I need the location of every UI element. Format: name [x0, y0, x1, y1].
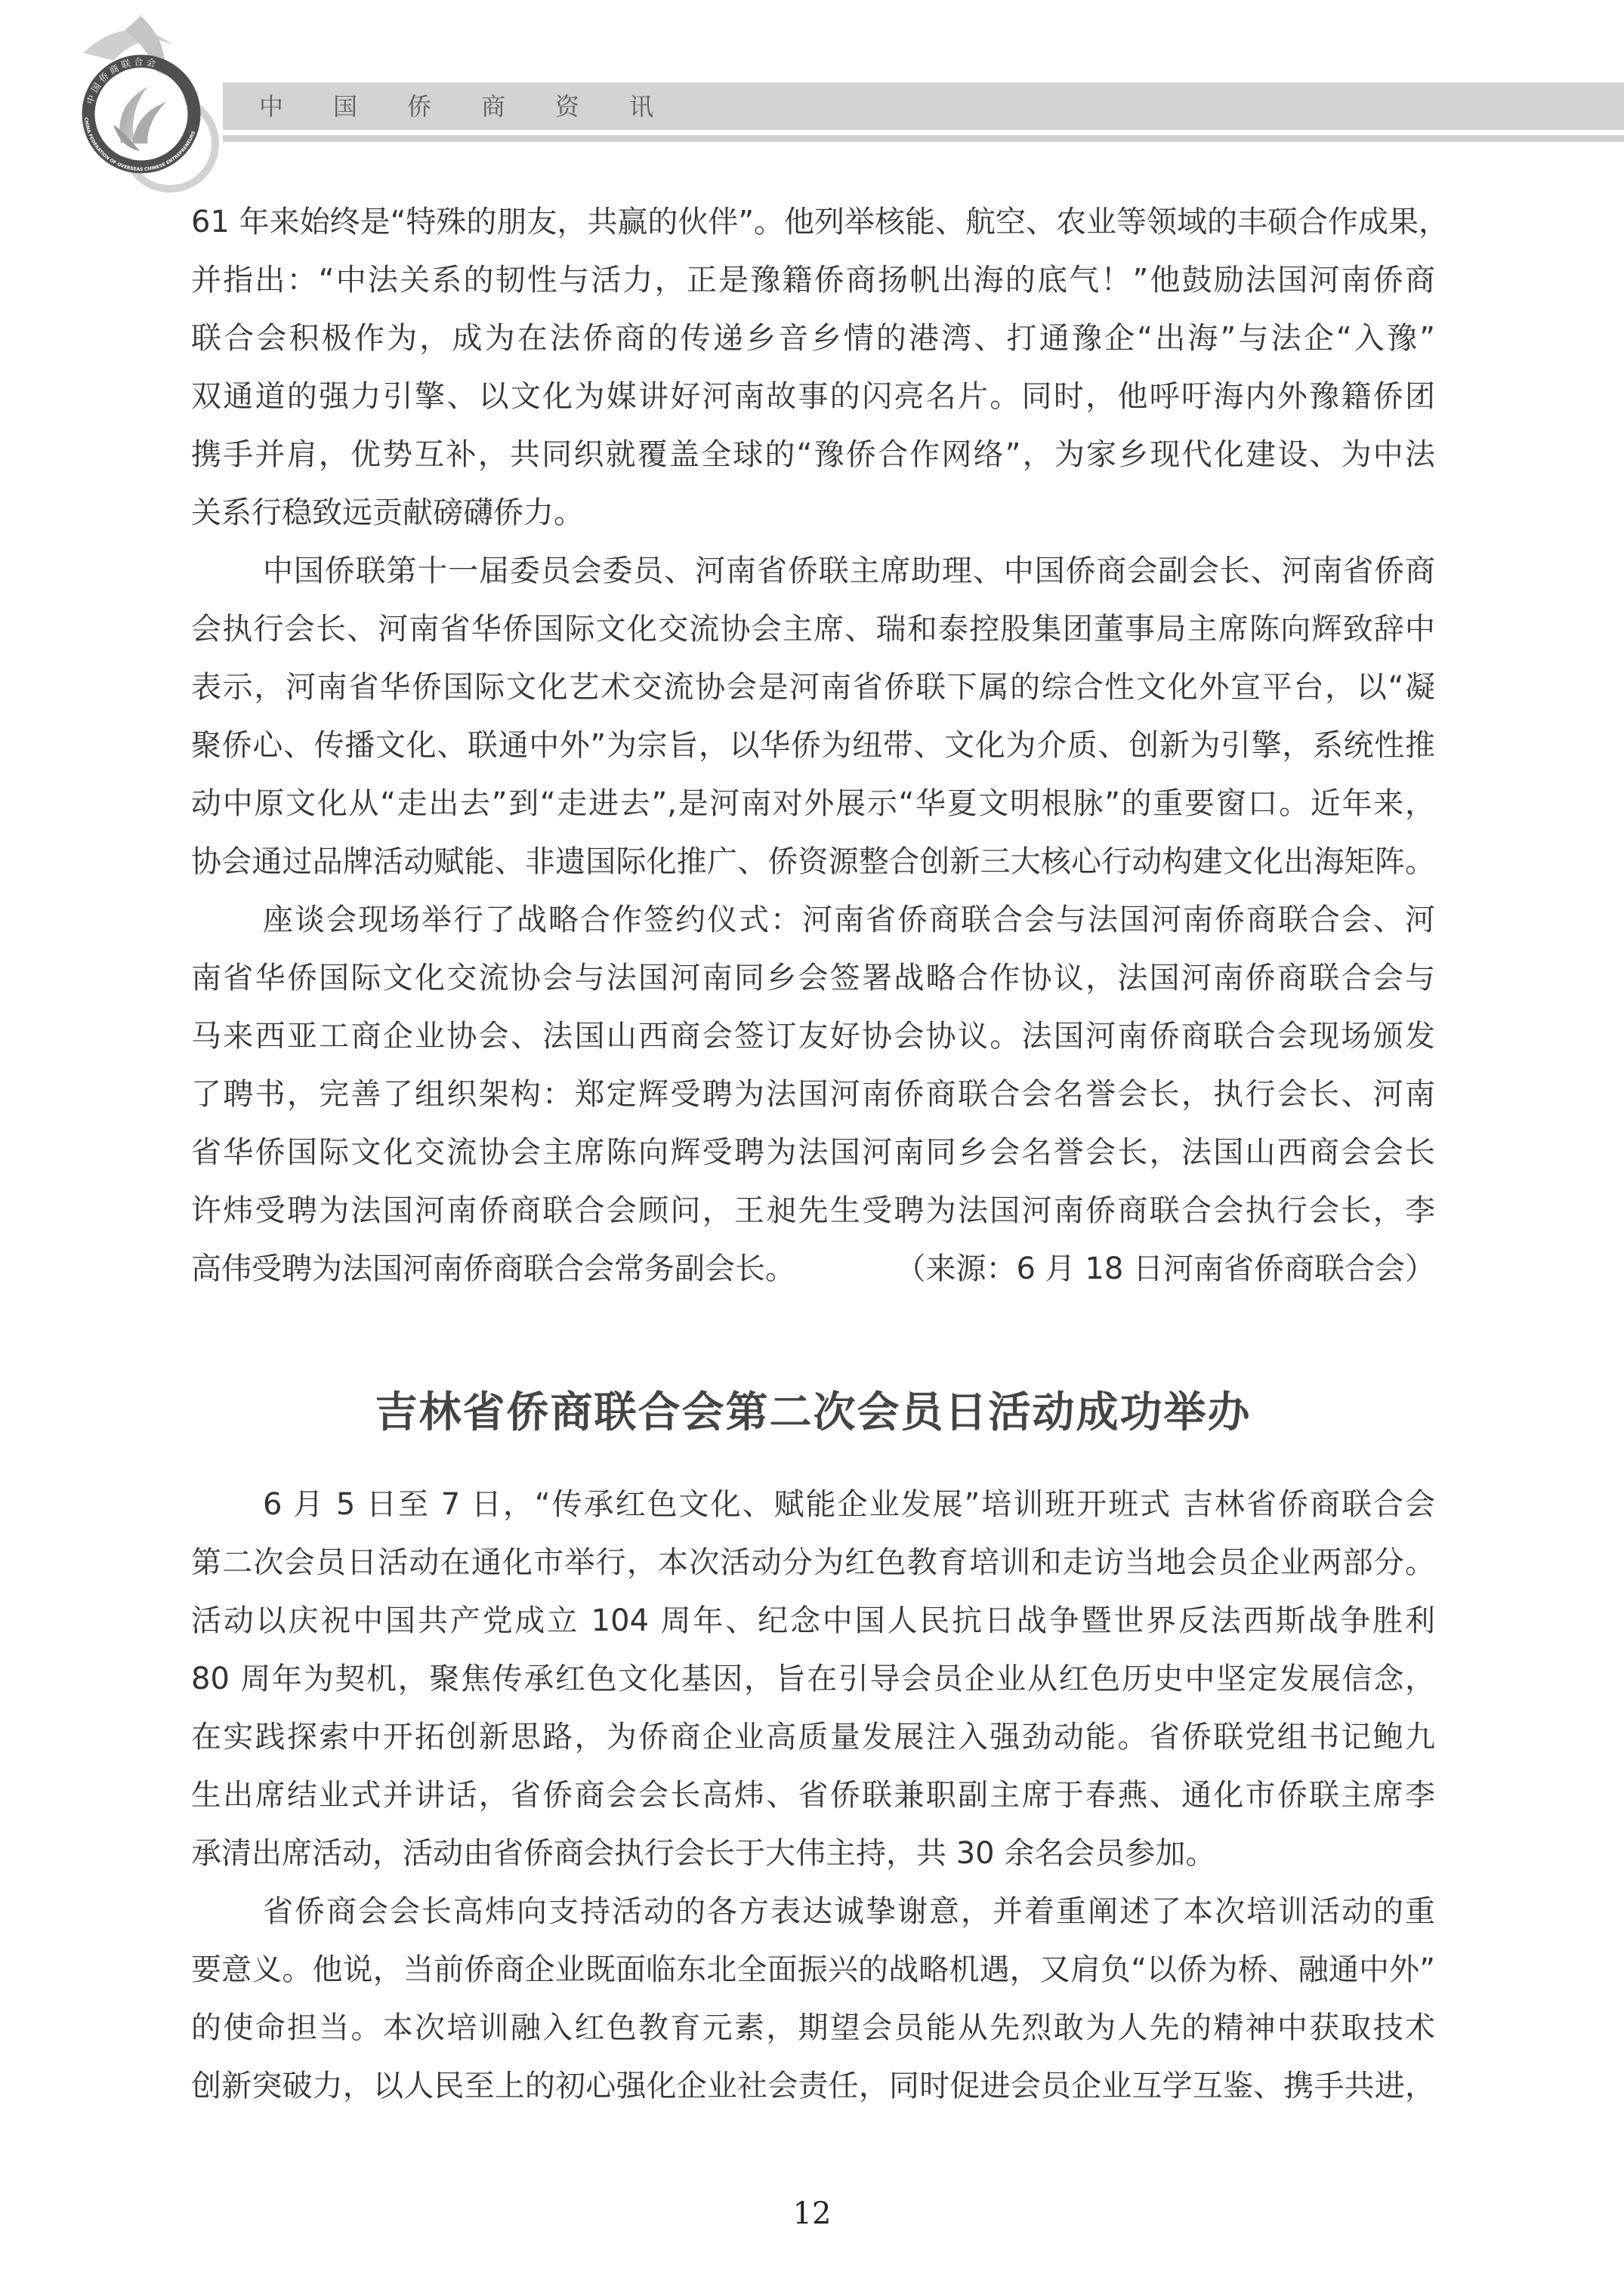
- text-line: 马来西亚工商企业协会、法国山西商会签订友好协会协议。法国河南侨商联合会现场颁发: [191, 1008, 1435, 1066]
- paragraph: 6 月 5 日至 7 日，“传承红色文化、赋能企业发展”培训班开班式 吉林省侨商…: [191, 1476, 1435, 1883]
- text-line: 许炜受聘为法国河南侨商联合会顾问，王昶先生受聘为法国河南侨商联合会执行会长，李: [191, 1182, 1435, 1240]
- text-line: 省华侨国际文化交流协会主席陈向辉受聘为法国河南同乡会名誉会长，法国山西商会会长: [191, 1124, 1435, 1182]
- text-line: 关系行稳致远贡献磅礴侨力。: [191, 484, 1435, 542]
- running-header-title: 中 国 侨 商 资 讯: [259, 91, 703, 122]
- paragraph: 中国侨联第十一届委员会委员、河南省侨联主席助理、中国侨商会副会长、河南省侨商 会…: [191, 542, 1435, 891]
- paragraph: 座谈会现场举行了战略合作签约仪式：河南省侨商联合会与法国河南侨商联合会、河 南省…: [191, 891, 1435, 1298]
- text-line: 61 年来始终是“特殊的朋友，共赢的伙伴”。他列举核能、航空、农业等领域的丰硕合…: [191, 193, 1435, 252]
- text-line: 创新突破力，以人民至上的初心强化企业社会责任，同时促进会员企业互学互鉴、携手共进…: [191, 2057, 1435, 2116]
- article-2-body: 6 月 5 日至 7 日，“传承红色文化、赋能企业发展”培训班开班式 吉林省侨商…: [191, 1476, 1435, 2116]
- page-number: 12: [0, 2196, 1624, 2231]
- header-stripe: [223, 135, 1624, 142]
- text-line: 中国侨联第十一届委员会委员、河南省侨联主席助理、中国侨商会副会长、河南省侨商: [191, 542, 1435, 600]
- text-line: 携手并肩，优势互补，共同织就覆盖全球的“豫侨合作网络”，为家乡现代化建设、为中法: [191, 426, 1435, 484]
- text-line: 南省华侨国际文化交流协会与法国河南同乡会签署战略合作协议，法国河南侨商联合会与: [191, 949, 1435, 1008]
- text-line: 80 周年为契机，聚焦传承红色文化基因，旨在引导会员企业从红色历史中坚定发展信念…: [191, 1650, 1435, 1708]
- text-line: 了聘书，完善了组织架构：郑定辉受聘为法国河南侨商联合会名誉会长，执行会长、河南: [191, 1066, 1435, 1124]
- text-line: 要意义。他说，当前侨商企业既面临东北全面振兴的战略机遇，又肩负“以侨为桥、融通中…: [191, 1941, 1435, 1999]
- text-line: 座谈会现场举行了战略合作签约仪式：河南省侨商联合会与法国河南侨商联合会、河: [191, 891, 1435, 949]
- text-line: 会执行会长、河南省华侨国际文化交流协会主席、瑞和泰控股集团董事局主席陈向辉致辞中: [191, 600, 1435, 659]
- text-line-content: 高伟受聘为法国河南侨商联合会常务副会长。: [191, 1251, 795, 1286]
- article-1-body: 61 年来始终是“特殊的朋友，共赢的伙伴”。他列举核能、航空、农业等领域的丰硕合…: [191, 193, 1435, 1298]
- text-line: 的使命担当。本次培训融入红色教育元素，期望会员能从先烈敢为人先的精神中获取技术: [191, 1999, 1435, 2057]
- text-line: 协会通过品牌活动赋能、非遗国际化推广、侨资源整合创新三大核心行动构建文化出海矩阵…: [191, 833, 1435, 891]
- source-attribution: （来源：6 月 18 日河南省侨商联合会）: [896, 1240, 1436, 1298]
- paragraph: 61 年来始终是“特殊的朋友，共赢的伙伴”。他列举核能、航空、农业等领域的丰硕合…: [191, 193, 1435, 542]
- text-line: 动中原文化从“走出去”到“走进去”,是河南对外展示“华夏文明根脉”的重要窗口。近…: [191, 775, 1435, 833]
- text-line: 第二次会员日活动在通化市举行，本次活动分为红色教育培训和走访当地会员企业两部分。: [191, 1534, 1435, 1592]
- text-line: 活动以庆祝中国共产党成立 104 周年、纪念中国人民抗日战争暨世界反法西斯战争胜…: [191, 1592, 1435, 1650]
- header-char: 商: [481, 91, 555, 122]
- text-line: 6 月 5 日至 7 日，“传承红色文化、赋能企业发展”培训班开班式 吉林省侨商…: [191, 1476, 1435, 1534]
- text-line: 在实践探索中开拓创新思路，为侨商企业高质量发展注入强劲动能。省侨联党组书记鲍九: [191, 1708, 1435, 1767]
- text-line: 高伟受聘为法国河南侨商联合会常务副会长。 （来源：6 月 18 日河南省侨商联合…: [191, 1240, 1435, 1298]
- text-line: 省侨商会会长高炜向支持活动的各方表达诚挚谢意，并着重阐述了本次培训活动的重: [191, 1883, 1435, 1941]
- text-line: 并指出：“中法关系的韧性与活力，正是豫籍侨商扬帆出海的底气！”他鼓励法国河南侨商: [191, 252, 1435, 310]
- header-char: 国: [333, 91, 407, 122]
- paragraph: 省侨商会会长高炜向支持活动的各方表达诚挚谢意，并着重阐述了本次培训活动的重 要意…: [191, 1883, 1435, 2116]
- text-line: 承清出席活动，活动由省侨商会执行会长于大伟主持，共 30 余名会员参加。: [191, 1825, 1435, 1883]
- text-line: 双通道的强力引擎、以文化为媒讲好河南故事的闪亮名片。同时，他呼吁海内外豫籍侨团: [191, 368, 1435, 426]
- federation-logo-icon: 中国侨商联合会 CHINA FEDERATION OF OVERSEAS CHI…: [45, 15, 272, 211]
- header-char: 侨: [407, 91, 481, 122]
- header-char: 讯: [629, 91, 703, 122]
- text-line: 联合会积极作为，成为在法侨商的传递乡音乡情的港湾、打通豫企“出海”与法企“入豫”: [191, 310, 1435, 368]
- header-char: 资: [555, 91, 629, 122]
- text-line: 表示，河南省华侨国际文化艺术交流协会是河南省侨联下属的综合性文化外宣平台，以“凝: [191, 659, 1435, 717]
- article-2-title: 吉林省侨商联合会第二次会员日活动成功举办: [191, 1379, 1435, 1447]
- text-line: 生出席结业式并讲话，省侨商会会长高炜、省侨联兼职副主席于春燕、通化市侨联主席李: [191, 1767, 1435, 1825]
- text-line: 聚侨心、传播文化、联通中外”为宗旨，以华侨为纽带、文化为介质、创新为引擎，系统性…: [191, 717, 1435, 775]
